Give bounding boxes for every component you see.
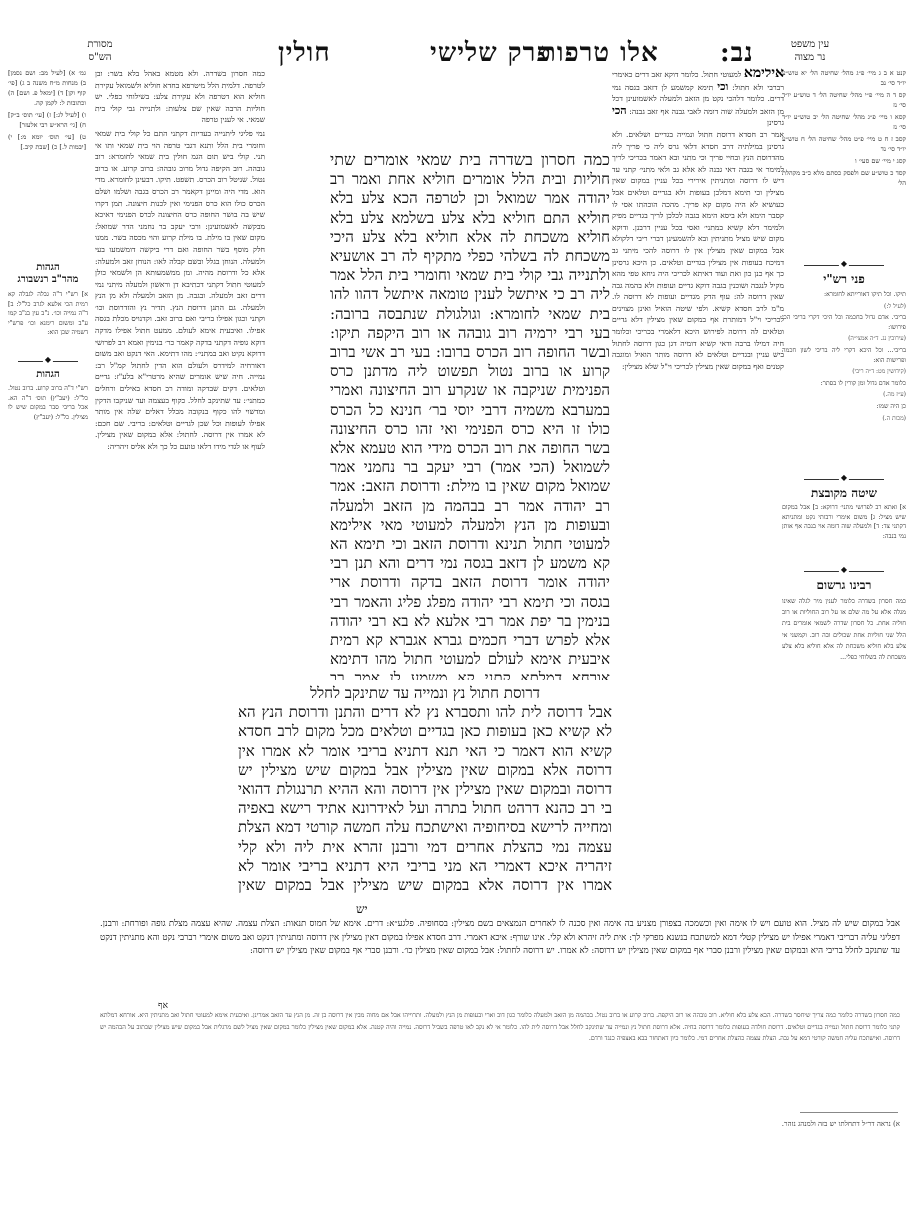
ornament-divider	[794, 262, 894, 268]
ein-mishpat-entry: קסא ו מיי׳ פ״ג מהל׳ שחיטה הל׳ יב טוש״ע י…	[782, 112, 906, 132]
daf-number: נב:	[720, 38, 754, 68]
pnei-rashi-ref: (לעיל ל:)	[782, 302, 906, 312]
masoret-entry: גמ׳ א) [לעיל מב: ושם נסמן] ב) מנחות מ״ח …	[8, 68, 86, 108]
chapter-number: פרק שלישי	[430, 38, 552, 68]
tosafot-body: נמי פליגי ליתנייה בעדיות דקתני התם כל קו…	[95, 128, 265, 453]
ein-mishpat-label: עין משפט נר מצוה	[780, 38, 840, 64]
gemara-text: אבל דרוסה לית להו ותסברא נץ לא דרים והתנ…	[238, 703, 612, 894]
tosafot-top: כמה חסרון בשדרה. ולא מטמא באהל בלא בשר: …	[95, 68, 265, 126]
shita-mekubetzet-title: שיטה מקובצת	[782, 486, 906, 500]
ein-mishpat-entry: קנט א ב ג מיי׳ פ״ג מהל׳ שחיטה הל׳ יא טוש…	[782, 68, 906, 88]
rashi-column: אילימא למעוטי חתול. כלומר דוקא זאב דרים …	[612, 68, 784, 898]
ornament-divider	[794, 568, 894, 574]
gemara-text: חוליות ובית הלל אומרים חוליא אחת ואמר רב…	[330, 170, 610, 680]
pnei-rashi-entry: בריבי. אדם גדול בחכמה וכל היכי דקרי בריב…	[782, 313, 906, 332]
rashi-text: גרסינן	[767, 118, 784, 127]
ein-mishpat-entry: קסד כ טוש״ע שם ולפסק כסתם מלא כ״ב מקהלת …	[782, 168, 906, 188]
pnei-rashi-ref: (עירובין נג. ד״ה אמצי״ה)	[782, 334, 906, 344]
bottom-small-commentary: כמה חסרון בשדרה כלומר כמה צריך שיחסר בשד…	[100, 1010, 900, 1105]
pnei-rashi-title: פני רש"י	[782, 272, 906, 286]
ein-mishpat-column: קנט א ב ג מיי׳ פ״ג מהל׳ שחיטה הל׳ יא טוש…	[782, 68, 906, 253]
pnei-rashi-entry: כלומר אדם גדול ומן קורין לו בסתר:	[782, 379, 906, 389]
tractate-name: חולין	[278, 38, 331, 68]
footnote-rule	[800, 1112, 898, 1113]
masoret-hashas-column: גמ׳ א) [לעיל מב: ושם נסמן] ב) מנחות מ״ח …	[8, 68, 86, 258]
shita-mekubetzet-text: א] ואתא רב לפרושי מתני׳ דרוקא: ב] אבל במ…	[782, 503, 906, 565]
pnei-rashi-column: תיקו. וכל תיקו דאורייתא לחומרא: (לעיל ל:…	[782, 290, 906, 475]
ein-mishpat-entry: קסב ז ח ט מיי׳ פ״ט מהל׳ שחיטה הל׳ ח טוש״…	[782, 134, 906, 154]
ein-mishpat-entry: קס ד ה מיי׳ פ״י מהל׳ שחיטה הל׳ ד טוש״ע י…	[782, 90, 906, 110]
catchword: יש	[356, 902, 368, 917]
pnei-rashi-entry: בריבי... וכל היכא דקרי ליה בריבי לשון חכ…	[782, 346, 906, 365]
gemara-wide-text: דרוסת חתול נץ ונמייה עד שתינקב לחלל אבל …	[238, 684, 612, 894]
hagahot-ranshburg-text: א] רש"י ד"ה גבלה לגבלה קא רמית הכי אלעא …	[8, 290, 88, 352]
masoret-label: מסורת הש"ס	[70, 38, 130, 64]
rashi-dibur-hamatchil: וכי	[717, 80, 728, 93]
ornament-divider	[10, 358, 86, 364]
hagahot-ranshburg-title: הגהות מהר"ב רנשבורג	[8, 262, 88, 286]
pnei-rashi-ref: (קידושין מט: ד״ה ריבי)	[782, 367, 906, 377]
gemara-main-text: כמה חסרון בשדרה בית שמאי אומרים שתי חולי…	[330, 150, 610, 680]
hagahot-title: הגהות	[8, 368, 88, 382]
pnei-rashi-ref: (מכות ה.)	[782, 414, 906, 424]
hagahot-text: רש"י ד"ה ברוב קרוע. ברוב נטול. כל"ל: (יע…	[8, 384, 88, 454]
gemara-opening: כמה חסרון בשדרה בית שמאי אומרים שתי	[330, 150, 610, 169]
pnei-rashi-entry: תיקו. וכל תיקו דאורייתא לחומרא:	[782, 290, 906, 300]
footnote: א) נראה דר״ל דתחלתו יש בזה ולמנהג נזהר.	[782, 1120, 900, 1128]
bottom-commentary: אבל במקום שיש לה מציל. הוא טועם ויש לו א…	[100, 918, 900, 1008]
rashi-body: אמר רב חסדא דרוסת חתול ונמייה בגדיים ושל…	[612, 129, 784, 372]
rashi-dibur-hamatchil: אילימא	[744, 68, 784, 81]
perek-name: אלו טרפות	[540, 38, 659, 68]
pnei-rashi-ref: (ע״ז מה.)	[782, 390, 906, 400]
rashi-dibur-hamatchil: הכי	[612, 104, 627, 117]
gemara-line: דרוסת חתול נץ ונמייה עד שתינקב לחלל	[238, 684, 612, 703]
masoret-entry: ט) [עי׳ תוס׳ יומא מ:] י) [יבמות ל.] כ) […	[8, 132, 86, 152]
rabbeinu-gershom-title: רבינו גרשום	[782, 578, 906, 592]
pnei-rashi-entry: כן היה שמו:	[782, 402, 906, 412]
page-header: עין משפט נר מצוה נב: אלו טרפות פרק שלישי…	[100, 38, 820, 68]
talmud-page: עין משפט נר מצוה נב: אלו טרפות פרק שלישי…	[0, 0, 914, 1213]
ornament-divider	[794, 476, 894, 482]
masoret-entry: ו) [לעיל לג:] ז) [עי׳ תוס׳ ב״ק] ח) [גי׳ …	[8, 110, 86, 130]
ein-mishpat-entry: קסג י מיי׳ שם סעי׳ ו	[782, 156, 906, 166]
